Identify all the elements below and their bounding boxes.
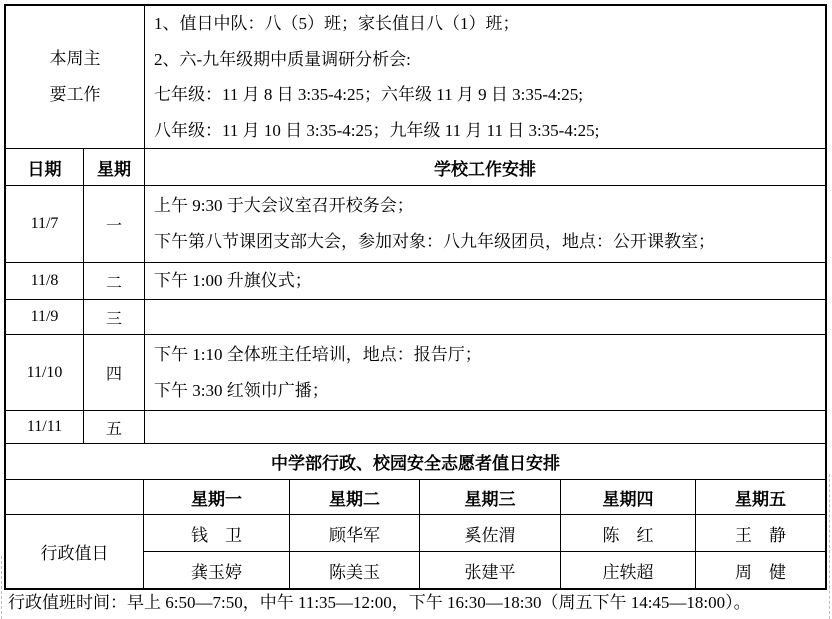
weekday-cell: 二 bbox=[84, 263, 145, 300]
duty-name-cell: 庄轶超 bbox=[561, 552, 696, 589]
schedule-row-fri: 11/11 五 bbox=[6, 411, 826, 444]
arrangement-line: 下午 1:10 全体班主任培训，地点：报告厅； bbox=[154, 337, 825, 373]
duty-title-row: 中学部行政、校园安全志愿者值日安排 bbox=[6, 444, 826, 480]
duty-header-row: 星期一 星期二 星期三 星期四 星期五 bbox=[6, 480, 826, 515]
weekly-summary-row: 本周主 要工作 1、值日中队：八（5）班；家长值日八（1）班； 2、六-九年级期… bbox=[6, 6, 826, 149]
duty-name-cell: 周 健 bbox=[696, 552, 826, 589]
date-cell: 11/9 bbox=[6, 300, 84, 335]
duty-day-header-wed: 星期三 bbox=[420, 480, 561, 515]
summary-line: 2、六-九年级期中质量调研分析会: bbox=[154, 42, 825, 78]
duty-section-title: 中学部行政、校园安全志愿者值日安排 bbox=[6, 444, 826, 480]
weekly-summary-content: 1、值日中队：八（5）班；家长值日八（1）班； 2、六-九年级期中质量调研分析会… bbox=[145, 6, 826, 149]
duty-name-cell: 龚玉婷 bbox=[144, 552, 290, 589]
date-cell: 11/11 bbox=[6, 411, 84, 444]
arrangement-line: 下午 1:00 升旗仪式； bbox=[154, 263, 825, 299]
arrangement-cell: 上午 9:30 于大会议室召开校务会； 下午第八节课团支部大会，参加对象：八九年… bbox=[145, 186, 826, 263]
duty-hours-note: 行政值班时间：早上 6:50—7:50，中午 11:35—12:00，下午 16… bbox=[8, 592, 751, 614]
schedule-header-row: 日期 星期 学校工作安排 bbox=[6, 149, 826, 186]
duty-day-header-tue: 星期二 bbox=[290, 480, 420, 515]
schedule-row-tue: 11/8 二 下午 1:00 升旗仪式； bbox=[6, 263, 826, 300]
date-cell: 11/10 bbox=[6, 335, 84, 411]
summary-line: 八年级：11 月 10 日 3:35-4:25；九年级 11 月 11 日 3:… bbox=[154, 113, 825, 149]
arrangement-cell bbox=[145, 300, 826, 335]
page-boundary-guide-right bbox=[829, 474, 830, 619]
duty-day-header-fri: 星期五 bbox=[696, 480, 826, 515]
date-column-header: 日期 bbox=[6, 149, 84, 186]
weekly-summary-label-line2: 要工作 bbox=[6, 77, 144, 113]
schedule-row-mon: 11/7 一 上午 9:30 于大会议室召开校务会； 下午第八节课团支部大会，参… bbox=[6, 186, 826, 263]
duty-name-cell: 奚佐渭 bbox=[420, 515, 561, 552]
schedule-table-wrap: 本周主 要工作 1、值日中队：八（5）班；家长值日八（1）班； 2、六-九年级期… bbox=[4, 4, 827, 590]
arrangement-cell: 下午 1:10 全体班主任培训，地点：报告厅； 下午 3:30 红领巾广播； bbox=[145, 335, 826, 411]
duty-name-cell: 张建平 bbox=[420, 552, 561, 589]
duty-day-header-mon: 星期一 bbox=[144, 480, 290, 515]
weekday-cell: 五 bbox=[84, 411, 145, 444]
arrangement-line: 下午 3:30 红领巾广播； bbox=[154, 373, 825, 409]
schedule-row-wed: 11/9 三 bbox=[6, 300, 826, 335]
summary-line: 七年级：11 月 8 日 3:35-4:25；六年级 11 月 9 日 3:35… bbox=[154, 77, 825, 113]
summary-line: 1、值日中队：八（5）班；家长值日八（1）班； bbox=[154, 6, 825, 42]
duty-name-cell: 顾华军 bbox=[290, 515, 420, 552]
duty-day-header-thu: 星期四 bbox=[561, 480, 696, 515]
weekday-column-header: 星期 bbox=[84, 149, 145, 186]
date-cell: 11/7 bbox=[6, 186, 84, 263]
schedule-row-thu: 11/10 四 下午 1:10 全体班主任培训，地点：报告厅； 下午 3:30 … bbox=[6, 335, 826, 411]
arrangement-cell bbox=[145, 411, 826, 444]
arrangement-line: 下午第八节课团支部大会，参加对象：八九年级团员，地点：公开课教室； bbox=[154, 224, 825, 260]
duty-row-label: 行政值日 bbox=[6, 515, 144, 589]
weekly-summary-label: 本周主 要工作 bbox=[6, 6, 145, 149]
duty-corner-cell bbox=[6, 480, 144, 515]
main-schedule-table: 本周主 要工作 1、值日中队：八（5）班；家长值日八（1）班； 2、六-九年级期… bbox=[5, 5, 826, 444]
duty-name-cell: 钱 卫 bbox=[144, 515, 290, 552]
duty-name-cell: 陈美玉 bbox=[290, 552, 420, 589]
duty-row-1: 行政值日 钱 卫 顾华军 奚佐渭 陈 红 王 静 bbox=[6, 515, 826, 552]
document-page: 本周主 要工作 1、值日中队：八（5）班；家长值日八（1）班； 2、六-九年级期… bbox=[0, 0, 832, 619]
weekday-cell: 一 bbox=[84, 186, 145, 263]
date-cell: 11/8 bbox=[6, 263, 84, 300]
weekly-summary-label-line1: 本周主 bbox=[6, 41, 144, 77]
duty-table: 中学部行政、校园安全志愿者值日安排 星期一 星期二 星期三 星期四 星期五 行政… bbox=[5, 444, 826, 589]
arrangement-column-header: 学校工作安排 bbox=[145, 149, 826, 186]
duty-name-cell: 王 静 bbox=[696, 515, 826, 552]
arrangement-cell: 下午 1:00 升旗仪式； bbox=[145, 263, 826, 300]
weekday-cell: 四 bbox=[84, 335, 145, 411]
weekday-cell: 三 bbox=[84, 300, 145, 335]
arrangement-line: 上午 9:30 于大会议室召开校务会； bbox=[154, 188, 825, 224]
page-boundary-guide-left bbox=[1, 556, 2, 619]
duty-name-cell: 陈 红 bbox=[561, 515, 696, 552]
